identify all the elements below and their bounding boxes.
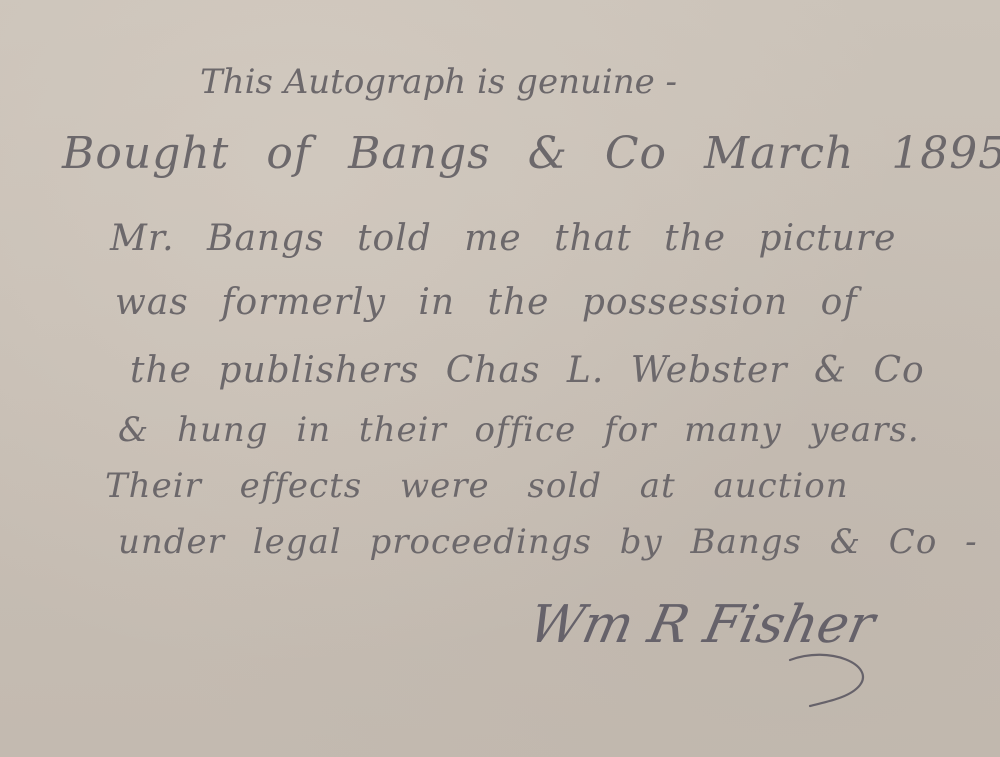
note-line-2: Bought of Bangs & Co March 1895.: [62, 128, 1000, 179]
note-line-5: the publishers Chas L. Webster & Co: [130, 350, 925, 391]
note-line-8: under legal proceedings by Bangs & Co -: [118, 522, 978, 562]
note-line-3: Mr. Bangs told me that the picture: [110, 218, 896, 259]
note-line-1: This Autograph is genuine -: [200, 62, 677, 102]
signature-flourish-icon: [780, 640, 880, 710]
note-line-4: was formerly in the possession of: [115, 282, 858, 323]
note-line-6: & hung in their office for many years.: [118, 410, 920, 450]
note-line-7: Their effects were sold at auction: [105, 466, 849, 506]
